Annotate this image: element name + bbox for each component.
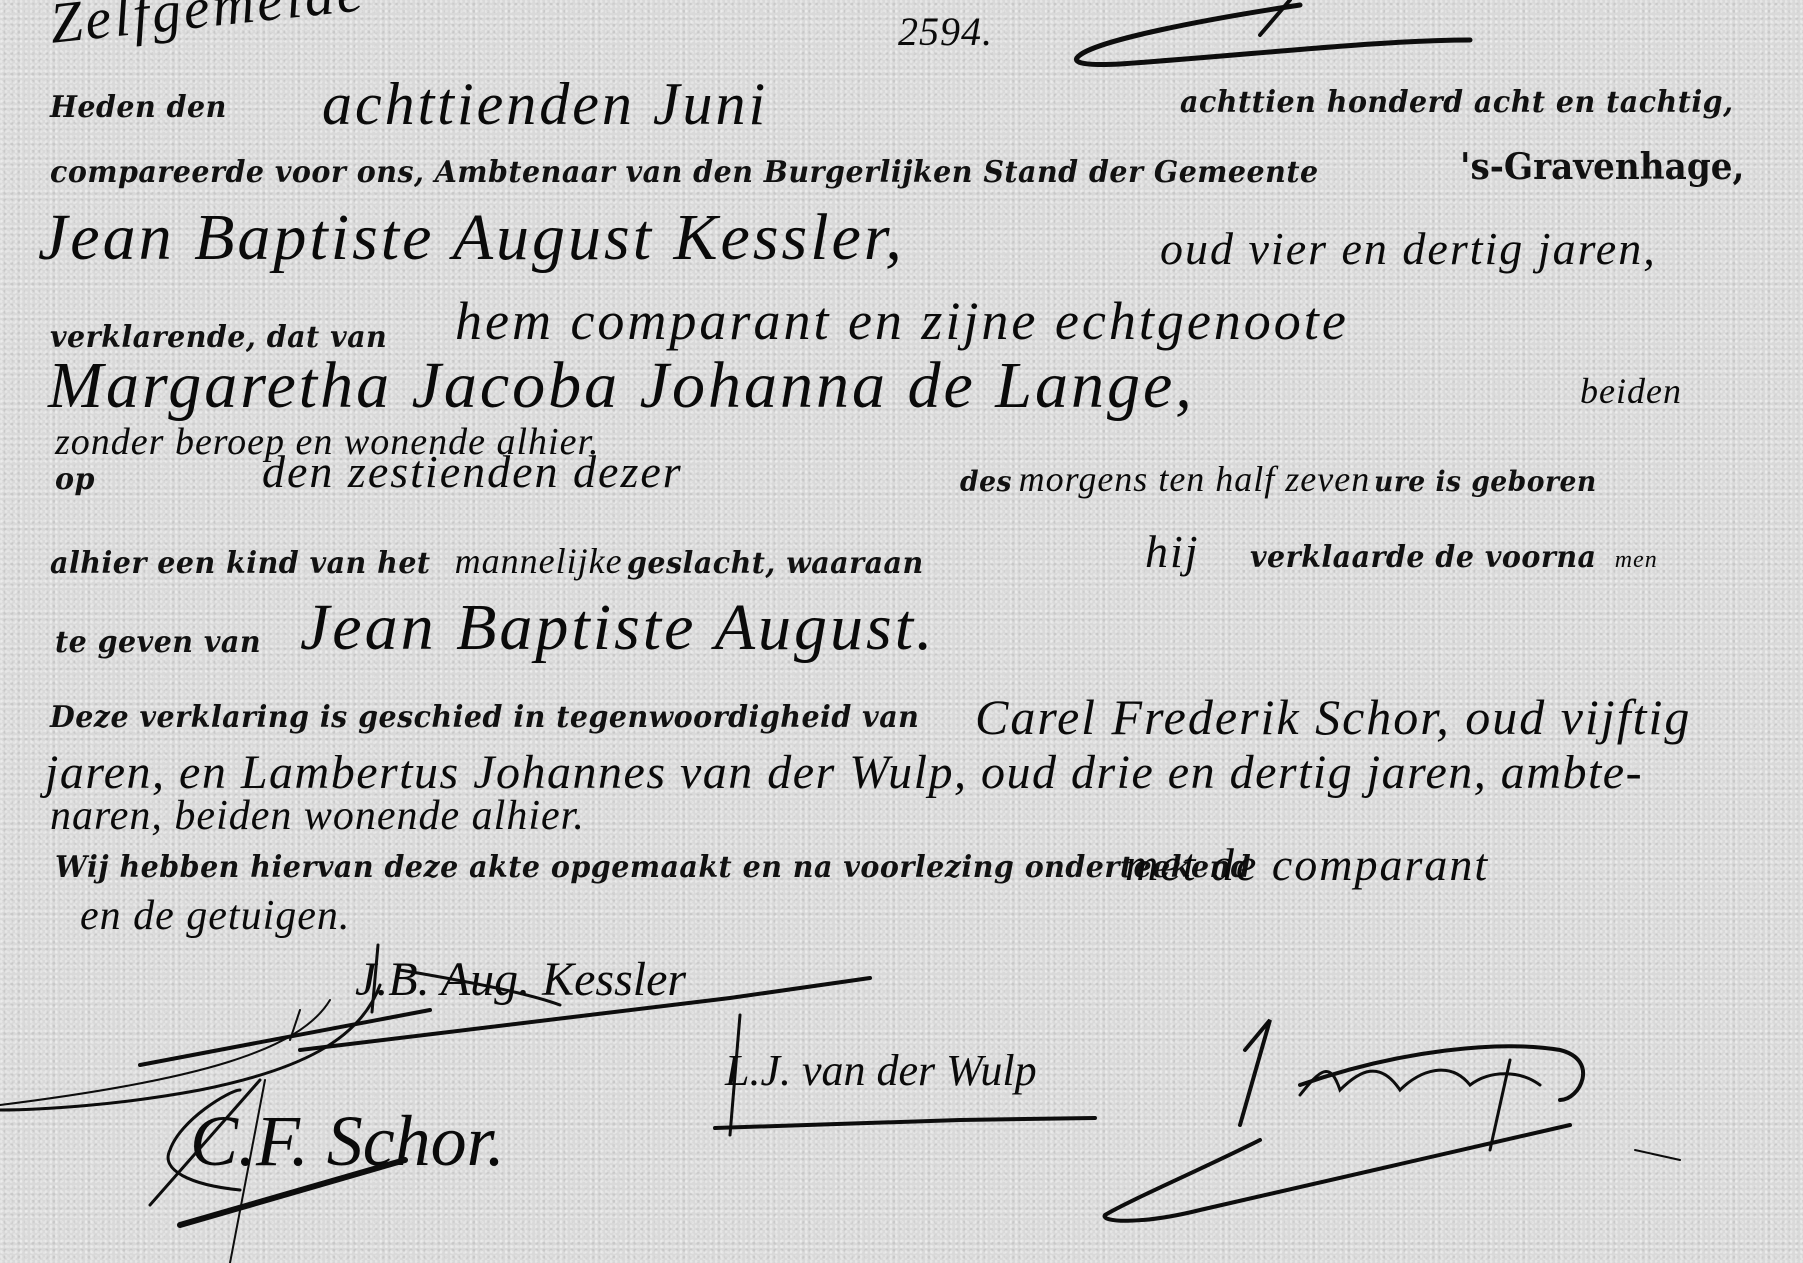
- witnesses-residence: naren, beiden wonende alhier.: [50, 792, 585, 840]
- municipality: 's-Gravenhage,: [1460, 146, 1759, 188]
- closing-handwritten: met de comparant: [1125, 838, 1489, 891]
- witness-1-name-age: Carel Frederik Schor, oud vijftig: [975, 688, 1691, 746]
- record-number: 2594.: [898, 8, 993, 55]
- signature-father: J.B. Aug. Kessler: [355, 952, 686, 1007]
- signature-witness-2: L.J. van der Wulp: [725, 1045, 1037, 1096]
- line-date: Heden den: [50, 90, 236, 125]
- signature-witness-1: C.F. Schor.: [190, 1100, 505, 1183]
- mother-both: beiden: [1580, 370, 1682, 412]
- date-handwritten: achttienden Juni: [322, 70, 768, 139]
- line-child-sex: alhier een kind van het mannelijke gesla…: [50, 540, 939, 582]
- child-name: Jean Baptiste August.: [300, 590, 936, 666]
- father-age: oud vier en dertig jaren,: [1160, 222, 1657, 275]
- birth-on: op: [55, 462, 97, 497]
- birth-time: des morgens ten half zeven ure is gebore…: [960, 458, 1609, 500]
- declarant-he: hij: [1145, 525, 1200, 578]
- year-printed: achttien honderd acht en tachtig,: [1180, 85, 1763, 120]
- line-to-give: te geven van: [55, 625, 272, 660]
- birth-date: den zestienden dezer: [262, 445, 683, 498]
- declaring-handwritten: hem comparant en zijne echtgenoote: [455, 290, 1349, 352]
- and-witnesses: en de getuigen.: [80, 892, 350, 940]
- line-given-names: verklaarde de voornamen: [1250, 540, 1658, 575]
- line-appeared-before: compareerde voor ons, Ambtenaar van den …: [50, 155, 1385, 190]
- line-witnesses-intro: Deze verklaring is geschied in tegenwoor…: [50, 700, 965, 735]
- left-annotation: Zelfgemelde: [50, 0, 366, 57]
- birth-record-document: Zelfgemelde 2594. Heden den achttienden …: [0, 0, 1803, 1263]
- father-name: Jean Baptiste August Kessler,: [38, 200, 905, 276]
- mother-name: Margaretha Jacoba Johanna de Lange,: [48, 348, 1195, 424]
